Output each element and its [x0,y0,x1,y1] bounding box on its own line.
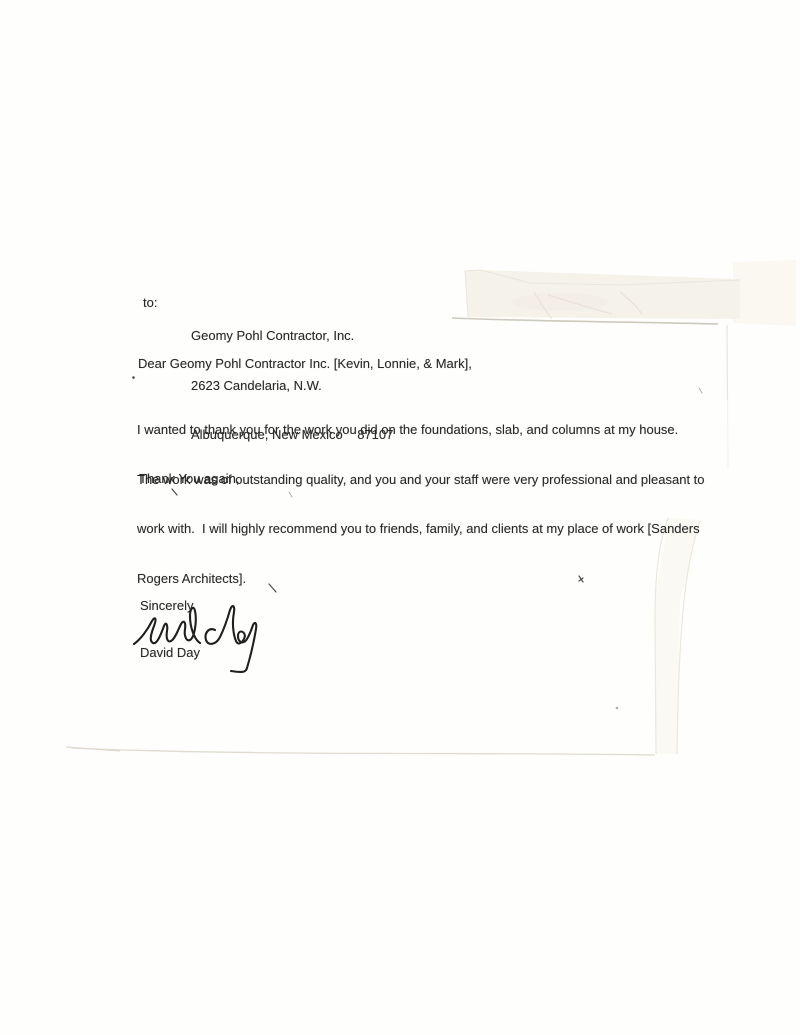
tape-wrinkle-tint [512,293,608,311]
body-line: I wanted to thank you for the work you d… [137,422,737,439]
ink-speck [616,707,618,709]
tape-overhang [733,260,796,326]
tape-strip [465,270,740,319]
tape-wrinkle [548,295,612,314]
bottom-edge-line [66,747,120,751]
typed-signature-name: David Day [140,645,200,662]
to-label: to: [143,295,157,312]
salutation: Dear Geomy Pohl Contractor Inc. [Kevin, … [138,356,472,373]
scanned-letter-page: { "letter": { "to_label": "to:", "recipi… [0,0,800,1035]
tape-wrinkle [620,292,642,314]
tape-top-edge [465,270,740,285]
tape-wrinkle [534,292,552,319]
closing-line: Thank You again, [139,471,239,488]
body-line: Rogers Architects]. [137,571,737,588]
body-line: work with. I will highly recommend you t… [137,521,737,538]
tape-left-edge [465,271,468,317]
ink-speck [133,377,134,378]
signature-scrawl [134,606,256,672]
letter-body: I wanted to thank you for the work you d… [137,389,737,604]
bottom-edge-line [71,748,655,755]
recipient-name: Geomy Pohl Contractor, Inc. [191,328,393,345]
signoff-line: Sincerely, [140,598,196,615]
tape-shadow-line [452,318,718,324]
